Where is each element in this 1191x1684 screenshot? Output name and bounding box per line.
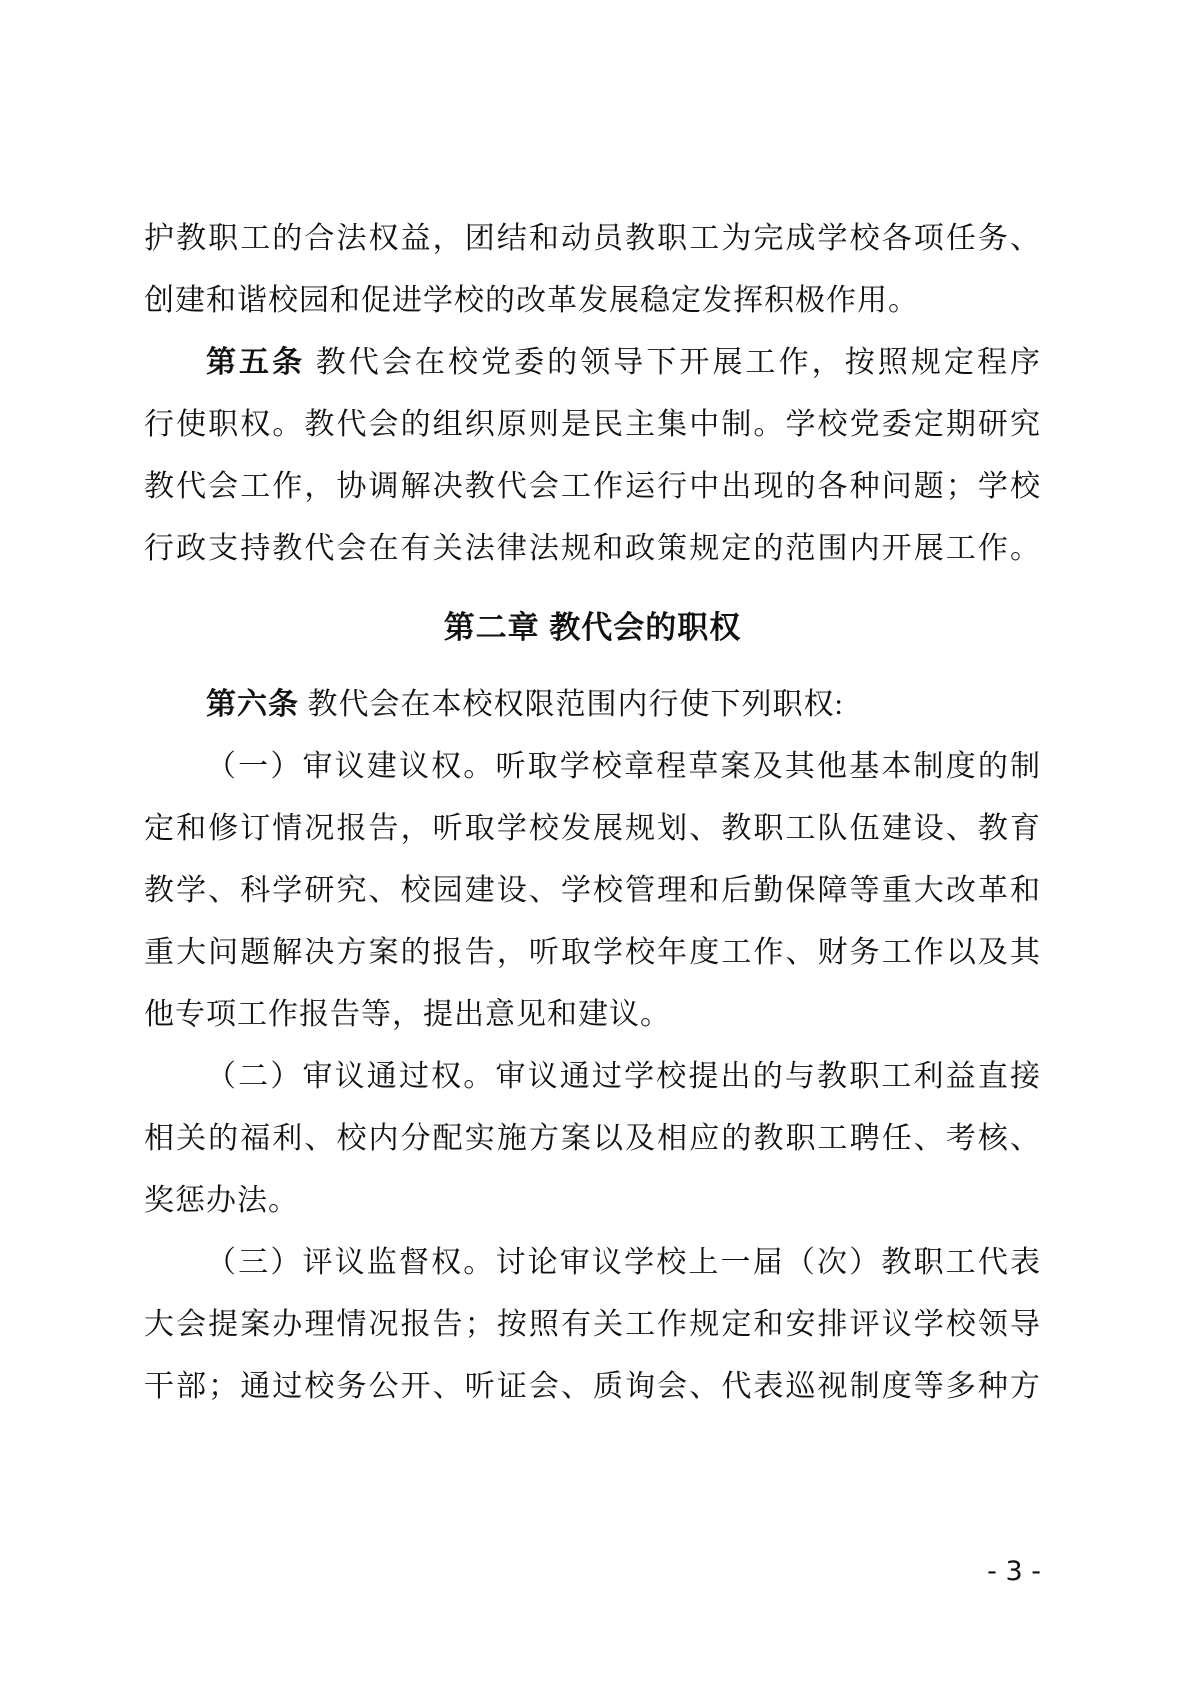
article6-item3-line-1: （三）评议监督权。讨论审议学校上一届（次）教职工代表: [144, 1232, 1041, 1294]
article5-line-1-text: 教代会在校党委的领导下开展工作，按照规定程序: [305, 346, 1041, 379]
article5-line-4: 行政支持教代会在有关法律法规和政策规定的范围内开展工作。: [144, 518, 1041, 580]
article6-item2-line-3: 奖惩办法。: [144, 1170, 1041, 1232]
article5-line-3: 教代会工作，协调解决教代会工作运行中出现的各种问题；学校: [144, 456, 1041, 518]
article6-item3-line-2: 大会提案办理情况报告；按照有关工作规定和安排评议学校领导: [144, 1294, 1041, 1356]
article6-item2-line-1: （二）审议通过权。审议通过学校提出的与教职工利益直接: [144, 1046, 1041, 1108]
article6-line-1: 第六条 教代会在本校权限范围内行使下列职权:: [144, 674, 1041, 736]
article5-line-2: 行使职权。教代会的组织原则是民主集中制。学校党委定期研究: [144, 394, 1041, 456]
article6-item1-line-5: 他专项工作报告等，提出意见和建议。: [144, 984, 1041, 1046]
article6-item2-line-2: 相关的福利、校内分配实施方案以及相应的教职工聘任、考核、: [144, 1108, 1041, 1170]
intro-line-2: 创建和谐校园和促进学校的改革发展稳定发挥积极作用。: [144, 270, 1041, 332]
article6-number-label: 第六条: [206, 688, 299, 721]
article5-line-1: 第五条 教代会在校党委的领导下开展工作，按照规定程序: [144, 332, 1041, 394]
article6-item3-line-3: 干部；通过校务公开、听证会、质询会、代表巡视制度等多种方: [144, 1356, 1041, 1418]
article5-number-label: 第五条: [206, 346, 305, 379]
chapter-heading: 第二章 教代会的职权: [144, 597, 1041, 659]
article6-line-1-text: 教代会在本校权限范围内行使下列职权:: [299, 688, 844, 721]
page-number: - 3 -: [987, 1556, 1041, 1587]
document-page: 护教职工的合法权益，团结和动员教职工为完成学校各项任务、 创建和谐校园和促进学校…: [0, 0, 1191, 1684]
article6-item1-line-4: 重大问题解决方案的报告，听取学校年度工作、财务工作以及其: [144, 922, 1041, 984]
article6-item1-line-1: （一）审议建议权。听取学校章程草案及其他基本制度的制: [144, 736, 1041, 798]
article6-item1-line-3: 教学、科学研究、校园建设、学校管理和后勤保障等重大改革和: [144, 860, 1041, 922]
intro-line-1: 护教职工的合法权益，团结和动员教职工为完成学校各项任务、: [144, 208, 1041, 270]
article6-item1-line-2: 定和修订情况报告，听取学校发展规划、教职工队伍建设、教育: [144, 798, 1041, 860]
document-body: 护教职工的合法权益，团结和动员教职工为完成学校各项任务、 创建和谐校园和促进学校…: [144, 208, 1041, 1418]
